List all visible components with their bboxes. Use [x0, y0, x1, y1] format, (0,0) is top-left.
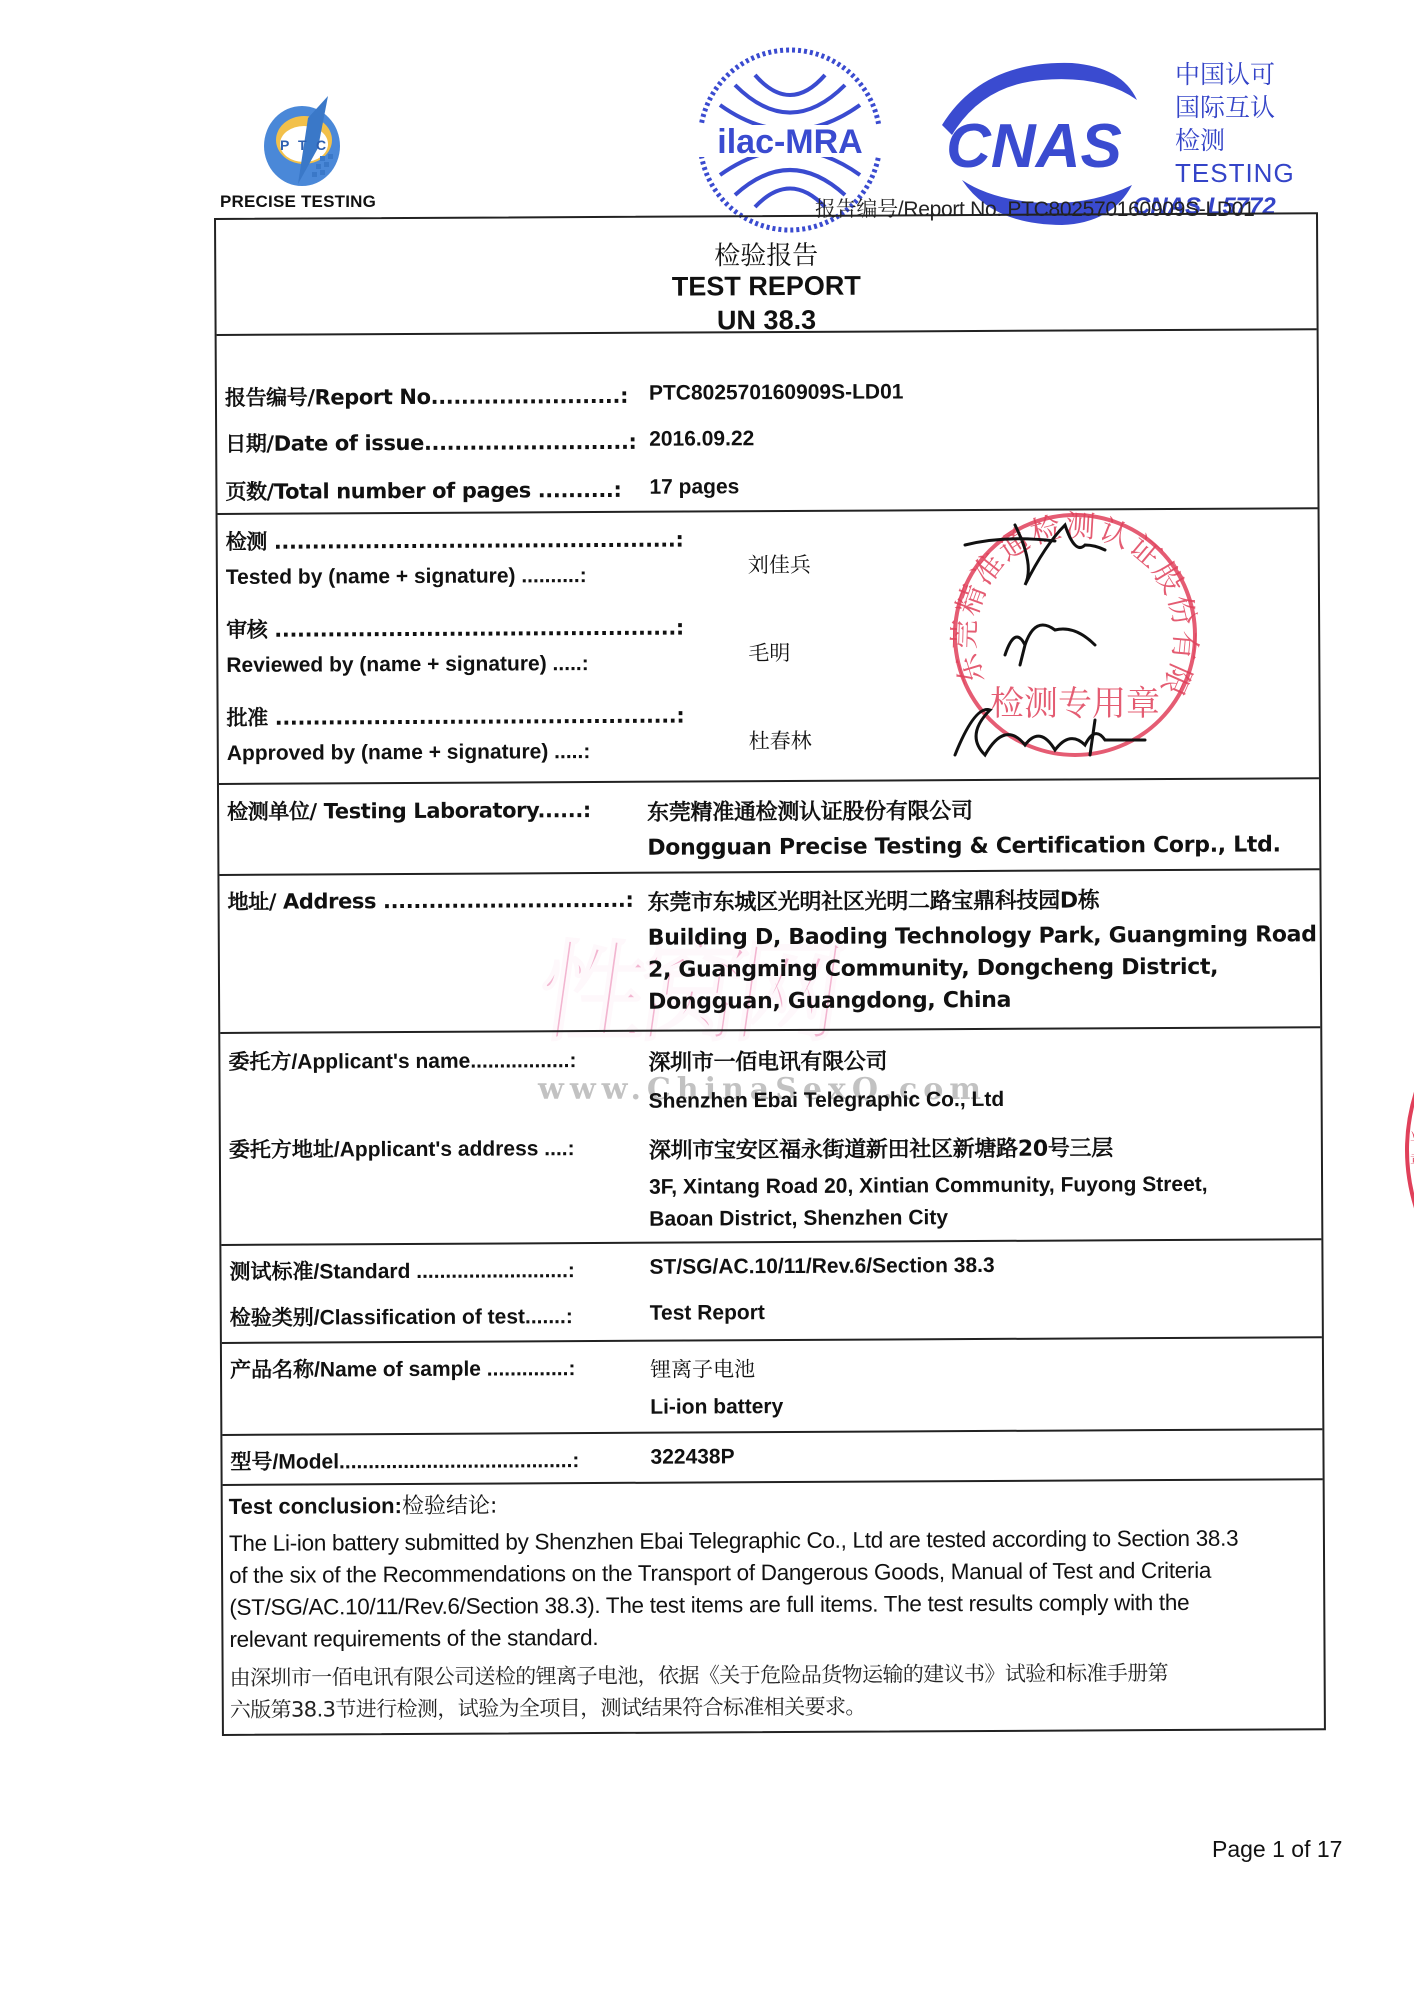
lab-label: 检测单位/ Testing Laboratory......: — [227, 794, 591, 826]
svg-text:T: T — [298, 137, 307, 153]
standard-value: ST/SG/AC.10/11/Rev.6/Section 38.3 — [649, 1254, 994, 1280]
svg-text:东莞精准通检测认证股份有限公司: 东莞精准通检测认证股份有限公司 — [945, 505, 1203, 702]
approved-by-name: 杜春林 — [749, 725, 812, 755]
approved-label-cn: 批准 .....................................… — [227, 700, 685, 732]
tested-label-cn: 检测 .....................................… — [226, 524, 684, 556]
address-label: 地址/ Address ............................… — [227, 884, 633, 916]
svg-text:章: 章 — [1410, 1152, 1414, 1169]
tested-label-en: Tested by (name + signature) ..........: — [226, 564, 587, 590]
svg-text:P: P — [280, 137, 289, 153]
company-seal-stamp-icon: 东莞精准通检测认证股份有限公司 检测专用章 — [945, 505, 1205, 765]
classification-label: 检验类别/Classification of test.......: — [230, 1300, 573, 1332]
sample-value-cn: 锂离子电池 — [650, 1353, 755, 1384]
address-value-en-2: 2, Guangming Community, Dongcheng Distri… — [648, 955, 1218, 983]
applicant-name-cn: 深圳市一佰电讯有限公司 — [648, 1044, 887, 1076]
model-value: 322438P — [650, 1445, 734, 1469]
company-name: PRECISE TESTING — [220, 192, 376, 212]
date-value: 2016.09.22 — [649, 427, 754, 452]
cnas-accreditation-text: 中国认可 国际互认 检测 TESTING — [1175, 58, 1295, 190]
applicant-address-cn: 深圳市宝安区福永街道新田社区新塘路20号三层 — [649, 1131, 1113, 1164]
svg-text:CNAS: CNAS — [946, 112, 1122, 181]
svg-text:C: C — [316, 137, 326, 153]
ptc-logo-icon: P T C — [258, 88, 358, 198]
lab-value-cn: 东莞精准通检测认证股份有限公司 — [647, 794, 973, 827]
divider — [220, 1026, 1320, 1034]
address-value-en-1: Building D, Baoding Technology Park, Gua… — [648, 922, 1317, 951]
reviewed-label-cn: 审核 .....................................… — [226, 612, 684, 644]
signature-reviewed — [1005, 625, 1095, 665]
conclusion-cn-line-2: 六版第38.3节进行检测，试验为全项目，测试结果符合标准相关要求。 — [230, 1688, 1315, 1726]
pages-label: 页数/Total number of pages ..........: — [225, 474, 621, 506]
standard-label: 测试标准/Standard ..........................… — [229, 1254, 575, 1286]
sample-value-en: Li-ion battery — [650, 1395, 783, 1420]
conclusion-heading-en: Test conclusion: — [229, 1493, 402, 1519]
title-en: TEST REPORT — [216, 268, 1316, 305]
address-value-en-3: Dongguan, Guangdong, China — [648, 988, 1011, 1015]
conclusion-heading-cn: 检验结论: — [402, 1494, 498, 1519]
divider — [222, 1336, 1322, 1344]
reviewed-label-en: Reviewed by (name + signature) .....: — [226, 652, 588, 678]
reviewed-by-name: 毛明 — [748, 637, 790, 667]
conclusion-en-line-4: relevant requirements of the standard. — [229, 1618, 1299, 1656]
cnas-line-1: 中国认可 — [1175, 58, 1295, 91]
applicant-address-label: 委托方地址/Applicant's address ....: — [229, 1132, 575, 1164]
classification-value: Test Report — [650, 1301, 765, 1326]
report-cover-table: 检验报告 TEST REPORT UN 38.3 报告编号/Report No.… — [214, 212, 1326, 1736]
address-value-cn: 东莞市东城区光明社区光明二路宝鼎科技园D栋 — [648, 883, 1100, 916]
page-number: Page 1 of 17 — [1212, 1836, 1342, 1863]
divider — [219, 868, 1319, 876]
svg-text:检测专用章: 检测专用章 — [990, 684, 1160, 724]
divider — [222, 1428, 1322, 1436]
applicant-address-en-1: 3F, Xintang Road 20, Xintian Community, … — [649, 1173, 1208, 1200]
approved-label-en: Approved by (name + signature) .....: — [227, 740, 591, 766]
divider — [219, 777, 1319, 785]
partial-seal-stamp-icon: 业 章 — [1392, 1070, 1414, 1230]
lab-value-en: Dongguan Precise Testing & Certification… — [647, 832, 1280, 860]
test-conclusion-section: Test conclusion:检验结论: The Li-ion battery… — [223, 1480, 1324, 1734]
conclusion-heading: Test conclusion:检验结论: — [229, 1489, 498, 1521]
cnas-line-3: 检测 — [1175, 124, 1295, 157]
cnas-line-4: TESTING — [1175, 157, 1295, 190]
tested-by-name: 刘佳兵 — [748, 549, 811, 579]
svg-text:业: 业 — [1410, 1128, 1414, 1144]
divider — [221, 1238, 1321, 1246]
applicant-address-en-2: Baoan District, Shenzhen City — [649, 1206, 948, 1232]
sample-label: 产品名称/Name of sample ..............: — [230, 1352, 576, 1384]
applicant-name-label: 委托方/Applicant's name.................: — [228, 1044, 576, 1076]
model-label: 型号/Model................................… — [230, 1444, 579, 1476]
date-label: 日期/Date of issue........................… — [225, 426, 636, 458]
applicant-name-en: Shenzhen Ebai Telegraphic Co., Ltd — [649, 1088, 1005, 1114]
pages-value: 17 pages — [649, 475, 739, 499]
report-no-label: 报告编号/Report No.........................: — [225, 380, 628, 412]
cnas-line-2: 国际互认 — [1175, 91, 1295, 124]
svg-text:ilac-MRA: ilac-MRA — [717, 123, 862, 161]
report-no-value: PTC802570160909S-LD01 — [649, 380, 904, 405]
